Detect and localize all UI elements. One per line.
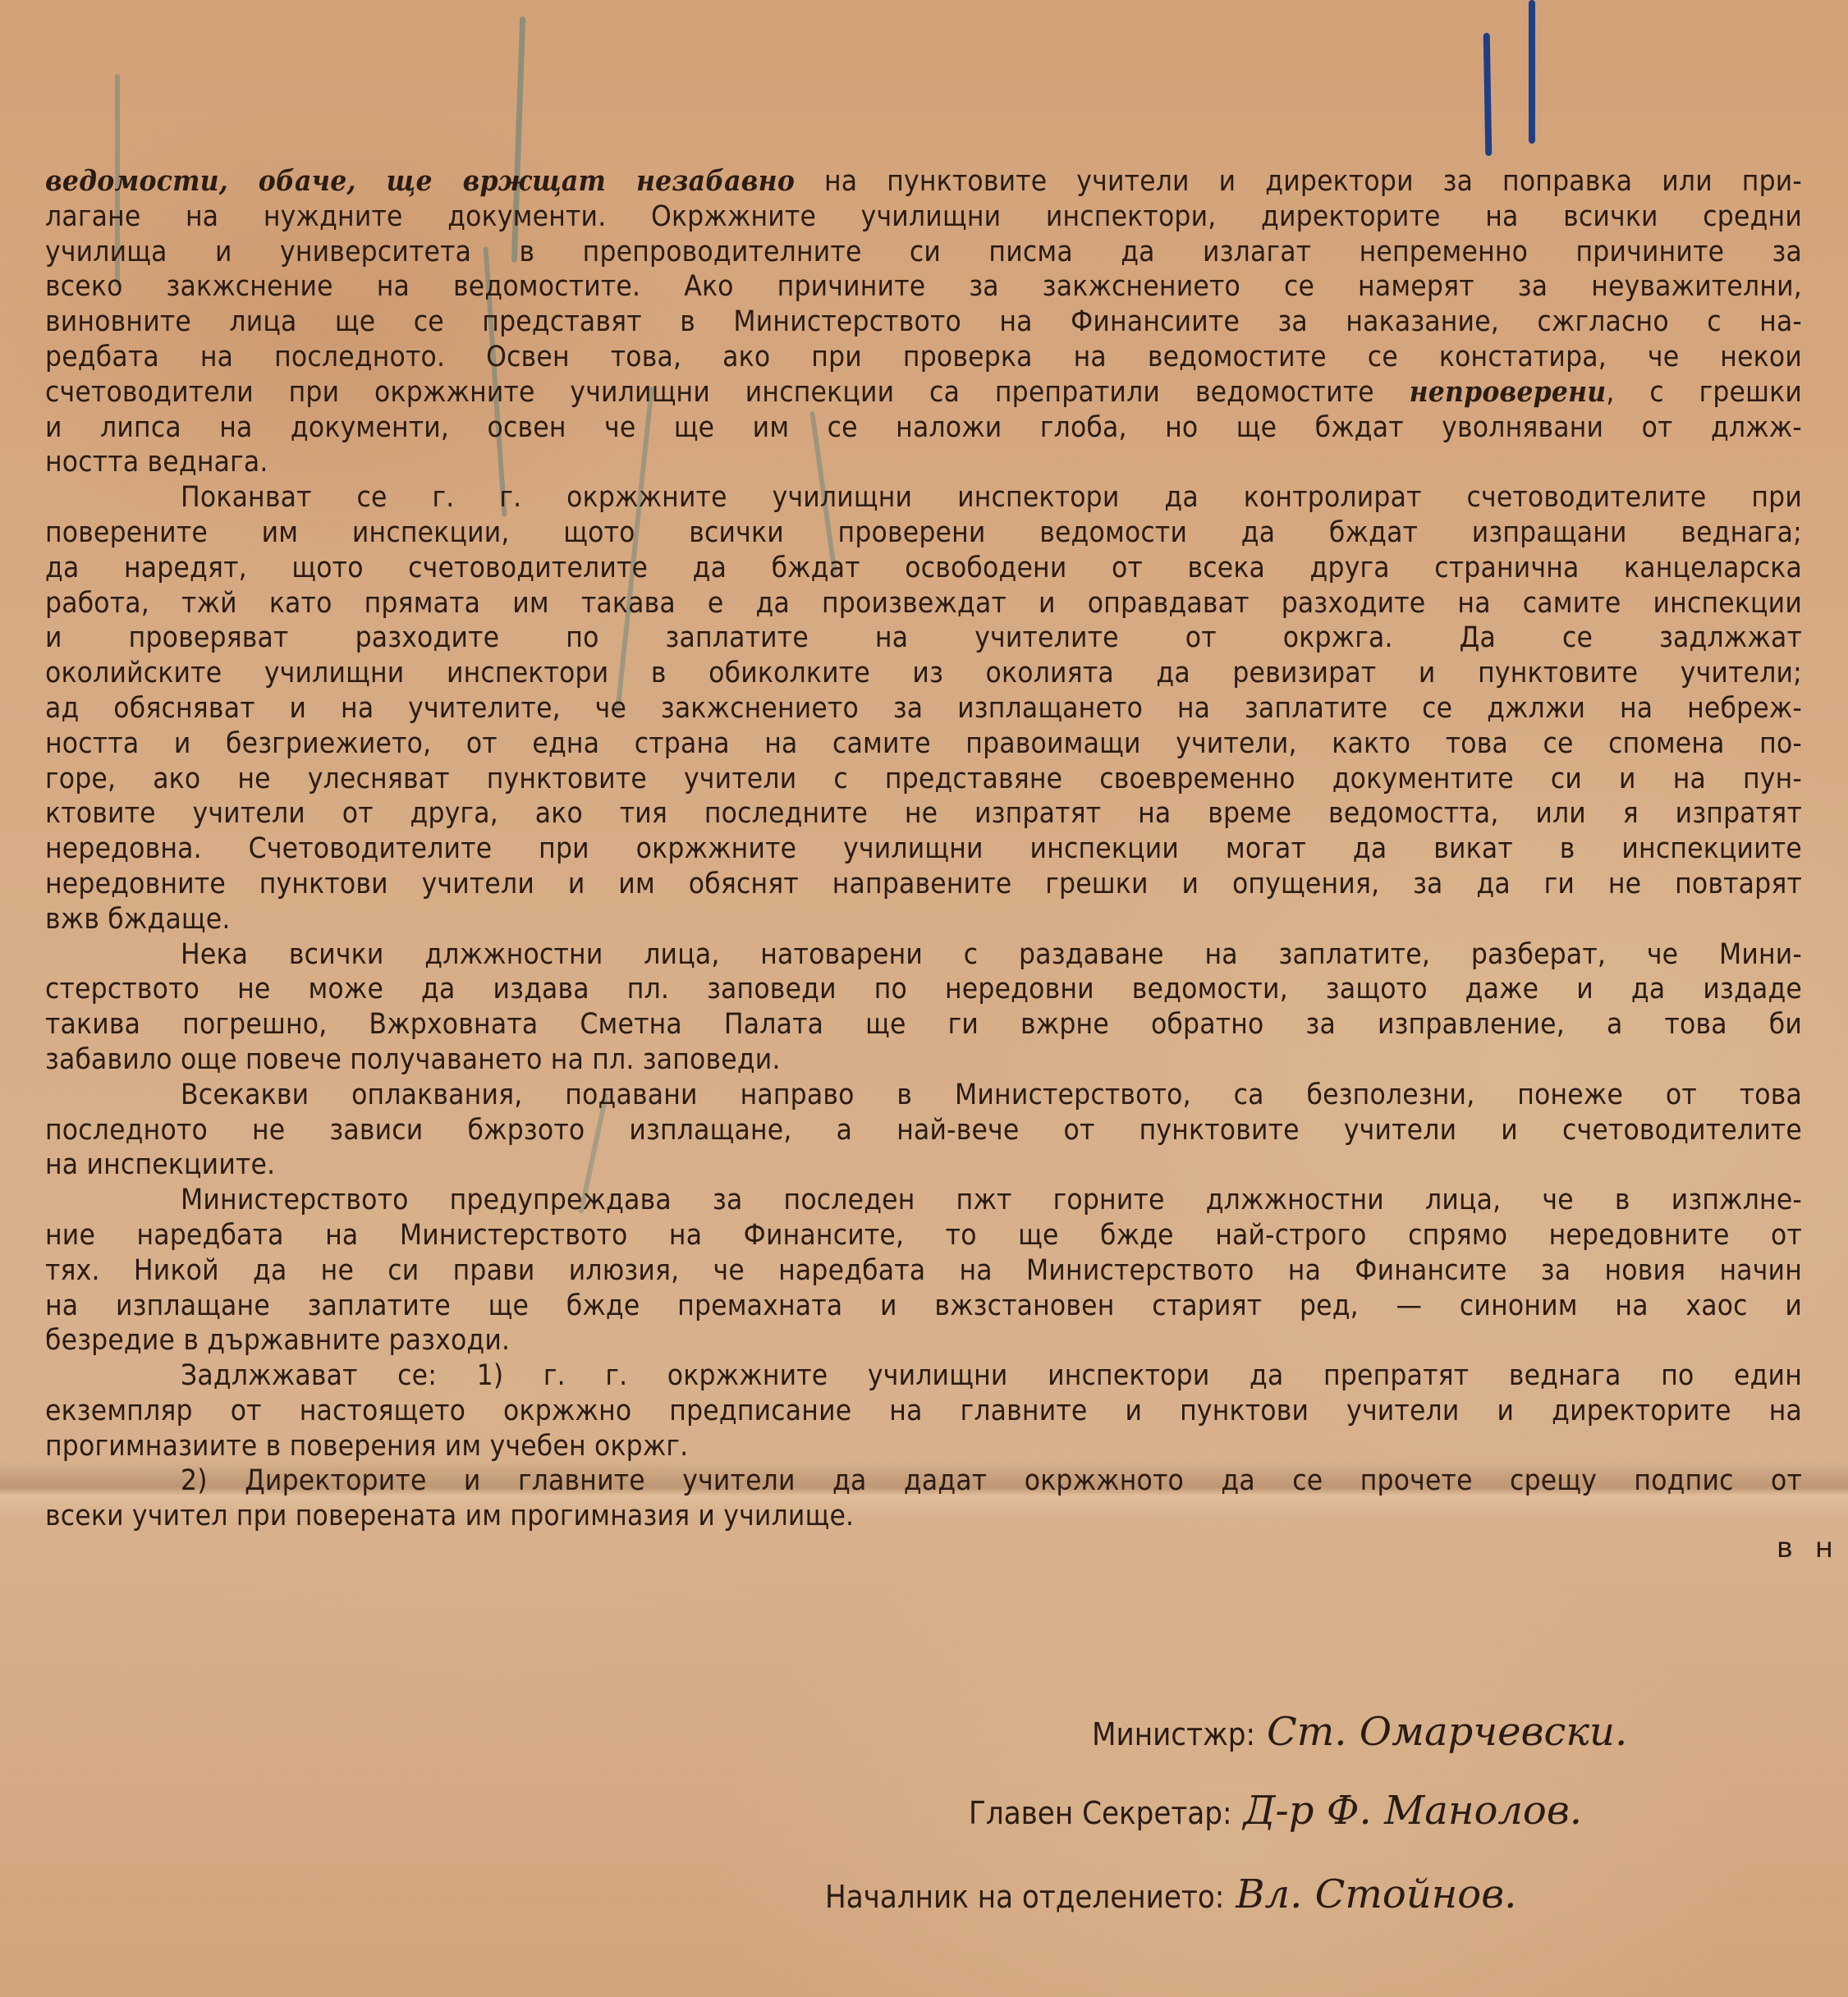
text-line: Нека всички длжжностни лица, натоварени … [45, 937, 1802, 973]
text-line: последното не зависи бжрзото изплащане, … [45, 1113, 1802, 1148]
text-line: счетоводители при окржжните училищни инс… [45, 375, 1802, 410]
text-line: на изплащане заплатите ще бжде премахнат… [45, 1289, 1802, 1324]
text-line: всеки учител при поверената им прогимназ… [45, 1499, 1802, 1534]
document-body: ведомости, обаче, ще вржщат незабавно на… [45, 164, 1802, 1534]
signature-title: Министжр: [1092, 1716, 1255, 1752]
text-line: ктовите учители от друга, ако тия послед… [45, 796, 1802, 831]
text-line: Задлжжават се: 1) г. г. окржжните училищ… [45, 1358, 1802, 1394]
text-line: стерството не може да издава пл. заповед… [45, 972, 1802, 1007]
text-line: нередовните пунктови учители и им обясня… [45, 867, 1802, 902]
text-line: и липса на документи, освен че ще им се … [45, 410, 1802, 446]
text-line: екземпляр от настоящето окржжно предписа… [45, 1394, 1802, 1429]
text-line: ността и безгриежието, от една страна на… [45, 726, 1802, 762]
text-line: виновните лица ще се представят в Минист… [45, 305, 1802, 340]
text-line: нередовна. Счетоводителите при окржжните… [45, 831, 1802, 867]
text-line: околийските училищни инспектори в обикол… [45, 656, 1802, 691]
signature-name: Вл. Стойнов. [1236, 1871, 1516, 1917]
text-line: 2) Директорите и главните учители да дад… [45, 1463, 1802, 1499]
text-line: ведомости, обаче, ще вржщат незабавно на… [45, 164, 1802, 199]
text-line: ад обясняват и на учителите, че закжснен… [45, 691, 1802, 726]
text-line: да наредят, щото счетоводителите да бжда… [45, 551, 1802, 586]
signature-department-head: Началник на отделението:Вл. Стойнов. [825, 1871, 1516, 1917]
signature-title: Главен Секретар: [969, 1795, 1231, 1831]
text-line: ността веднага. [45, 445, 1802, 480]
signature-minister: Министжр:Ст. Омарчевски. [1092, 1709, 1627, 1755]
text-line: и проверяват разходите по заплатите на у… [45, 621, 1802, 656]
text-line: всеко закжснение на ведомостите. Ако при… [45, 269, 1802, 305]
emphasis: ведомости, обаче, ще вржщат незабавно [45, 164, 795, 198]
signature-title: Началник на отделението: [825, 1879, 1224, 1915]
signature-name: Ст. Омарчевски. [1267, 1709, 1627, 1755]
text-line: прогимназиите в поверения им учебен окрж… [45, 1429, 1802, 1464]
text-line: работа, тжй като прямата им такава е да … [45, 586, 1802, 621]
text-line: Министерството предупреждава за последен… [45, 1183, 1802, 1218]
text-line: лагане на нуждните документи. Окржжните … [45, 199, 1802, 235]
scanned-document-page: ведомости, обаче, ще вржщат незабавно на… [0, 0, 1848, 1997]
text-line: тях. Никой да не си прави илюзия, че нар… [45, 1253, 1802, 1289]
blue-pencil-mark [1483, 33, 1493, 156]
signature-chief-secretary: Главен Секретар:Д-р Ф. Манолов. [969, 1788, 1582, 1834]
margin-fragment: в н [1777, 1532, 1840, 1564]
text-line: безредие в държавните разходи. [45, 1323, 1802, 1358]
text-line: ние наредбата на Министерството на Финан… [45, 1218, 1802, 1253]
text-line: такива погрешно, Вжрховната Сметна Палат… [45, 1007, 1802, 1042]
text-line: училища и университета в препроводителни… [45, 235, 1802, 270]
text-line: поверените им инспекции, щото всички про… [45, 515, 1802, 551]
text-line: на инспекциите. [45, 1147, 1802, 1183]
text-line: Поканват се г. г. окржжните училищни инс… [45, 480, 1802, 515]
emphasis: непроверени [1410, 375, 1607, 409]
text-line: горе, ако не улесняват пунктовите учител… [45, 762, 1802, 797]
blue-pencil-mark [1529, 0, 1535, 144]
text-line: вжв бждаще. [45, 902, 1802, 937]
text-line: забавило още повече получаването на пл. … [45, 1042, 1802, 1078]
signature-name: Д-р Ф. Манолов. [1243, 1788, 1582, 1834]
text-line: редбата на последното. Освен това, ако п… [45, 340, 1802, 375]
text-line: Всекакви оплаквания, подавани направо в … [45, 1078, 1802, 1113]
